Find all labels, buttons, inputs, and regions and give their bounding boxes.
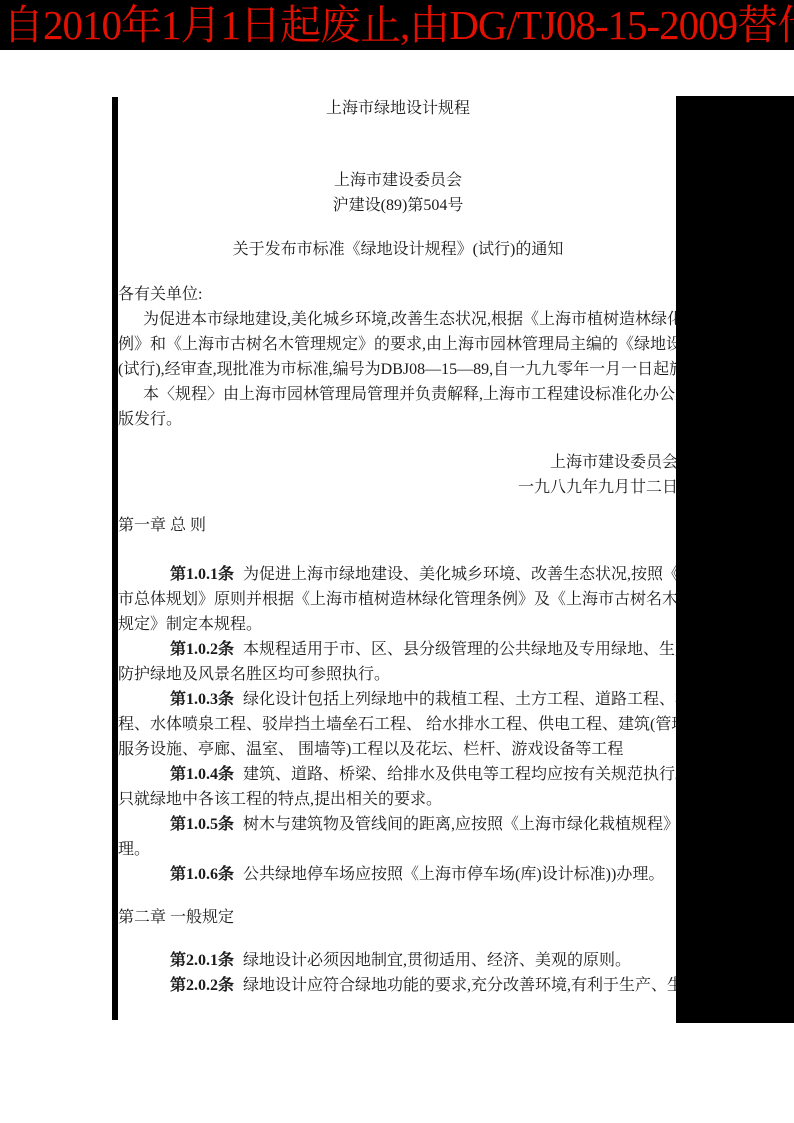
article-label: 第1.0.4条 — [170, 766, 234, 783]
signature-date: 一九八九年九月廿二日 — [118, 475, 678, 500]
document-number: 沪建设(89)第504号 — [118, 193, 678, 218]
signature-org: 上海市建设委员会 — [118, 450, 678, 475]
article-text: 绿地设计应符合绿地功能的要求,充分改善环境,有利于生产、生活。 — [243, 977, 715, 994]
left-scan-line — [112, 97, 118, 1020]
salutation: 各有关单位: — [118, 282, 744, 307]
article: 第2.0.2条绿地设计应符合绿地功能的要求,充分改善环境,有利于生产、生活。 — [118, 973, 744, 998]
intro-paragraph: 为促进本市绿地建设,美化城乡环境,改善生态状况,根据《上海市植树造林绿化管理条例… — [118, 307, 744, 382]
article-label: 第1.0.2条 — [170, 641, 234, 658]
deprecation-banner: 自2010年1月1日起废止,由DG/TJ08-15-2009替代 — [0, 0, 794, 50]
notice-title: 关于发布市标准《绿地设计规程》(试行)的通知 — [118, 237, 678, 262]
article-label: 第1.0.1条 — [170, 566, 234, 583]
article-text: 公共绿地停车场应按照《上海市停车场(库)设计标准))办理。 — [243, 866, 664, 883]
article-label: 第1.0.6条 — [170, 866, 234, 883]
article: 第2.0.1条绿地设计必须因地制宜,贯彻适用、经济、美观的原则。 — [118, 948, 744, 973]
scanned-document-page: 自2010年1月1日起废止,由DG/TJ08-15-2009替代 上海市绿地设计… — [0, 0, 794, 1123]
article-label: 第1.0.5条 — [170, 816, 234, 833]
document-title: 上海市绿地设计规程 — [118, 96, 678, 121]
article-label: 第2.0.1条 — [170, 952, 234, 969]
issuer-name: 上海市建设委员会 — [118, 168, 678, 193]
right-scan-block — [676, 96, 794, 1023]
article: 第1.0.5条树木与建筑物及管线间的距离,应按照《上海市绿化栽植规程》的规定办理… — [118, 812, 744, 862]
article: 第1.0.4条建筑、道路、桥梁、给排水及供电等工程均应按有关规范执行。本规程只就… — [118, 762, 744, 812]
intro-paragraph: 本〈规程〉由上海市园林管理局管理并负责解释,上海市工程建设标准化办公室负责出版发… — [118, 382, 744, 432]
article: 第1.0.6条公共绿地停车场应按照《上海市停车场(库)设计标准))办理。 — [118, 862, 744, 887]
article: 第1.0.3条绿化设计包括上列绿地中的栽植工程、土方工程、道路工程、桥梁工程、水… — [118, 687, 744, 762]
deprecation-banner-text: 自2010年1月1日起废止,由DG/TJ08-15-2009替代 — [3, 0, 794, 50]
chapter-heading: 第一章 总 则 — [118, 513, 744, 538]
article-label: 第1.0.3条 — [170, 691, 234, 708]
article-label: 第2.0.2条 — [170, 977, 234, 994]
document-content: 上海市绿地设计规程 上海市建设委员会 沪建设(89)第504号 关于发布市标准《… — [118, 0, 744, 998]
article: 第1.0.2条本规程适用于市、区、县分级管理的公共绿地及专用绿地、生产绿地、防护… — [118, 637, 744, 687]
article-text: 绿地设计必须因地制宜,贯彻适用、经济、美观的原则。 — [243, 952, 631, 969]
chapter-heading: 第二章 一般规定 — [118, 905, 744, 930]
article: 第1.0.1条为促进上海市绿地建设、美化城乡环境、改善生态状况,按照《上海市城市… — [118, 562, 744, 637]
